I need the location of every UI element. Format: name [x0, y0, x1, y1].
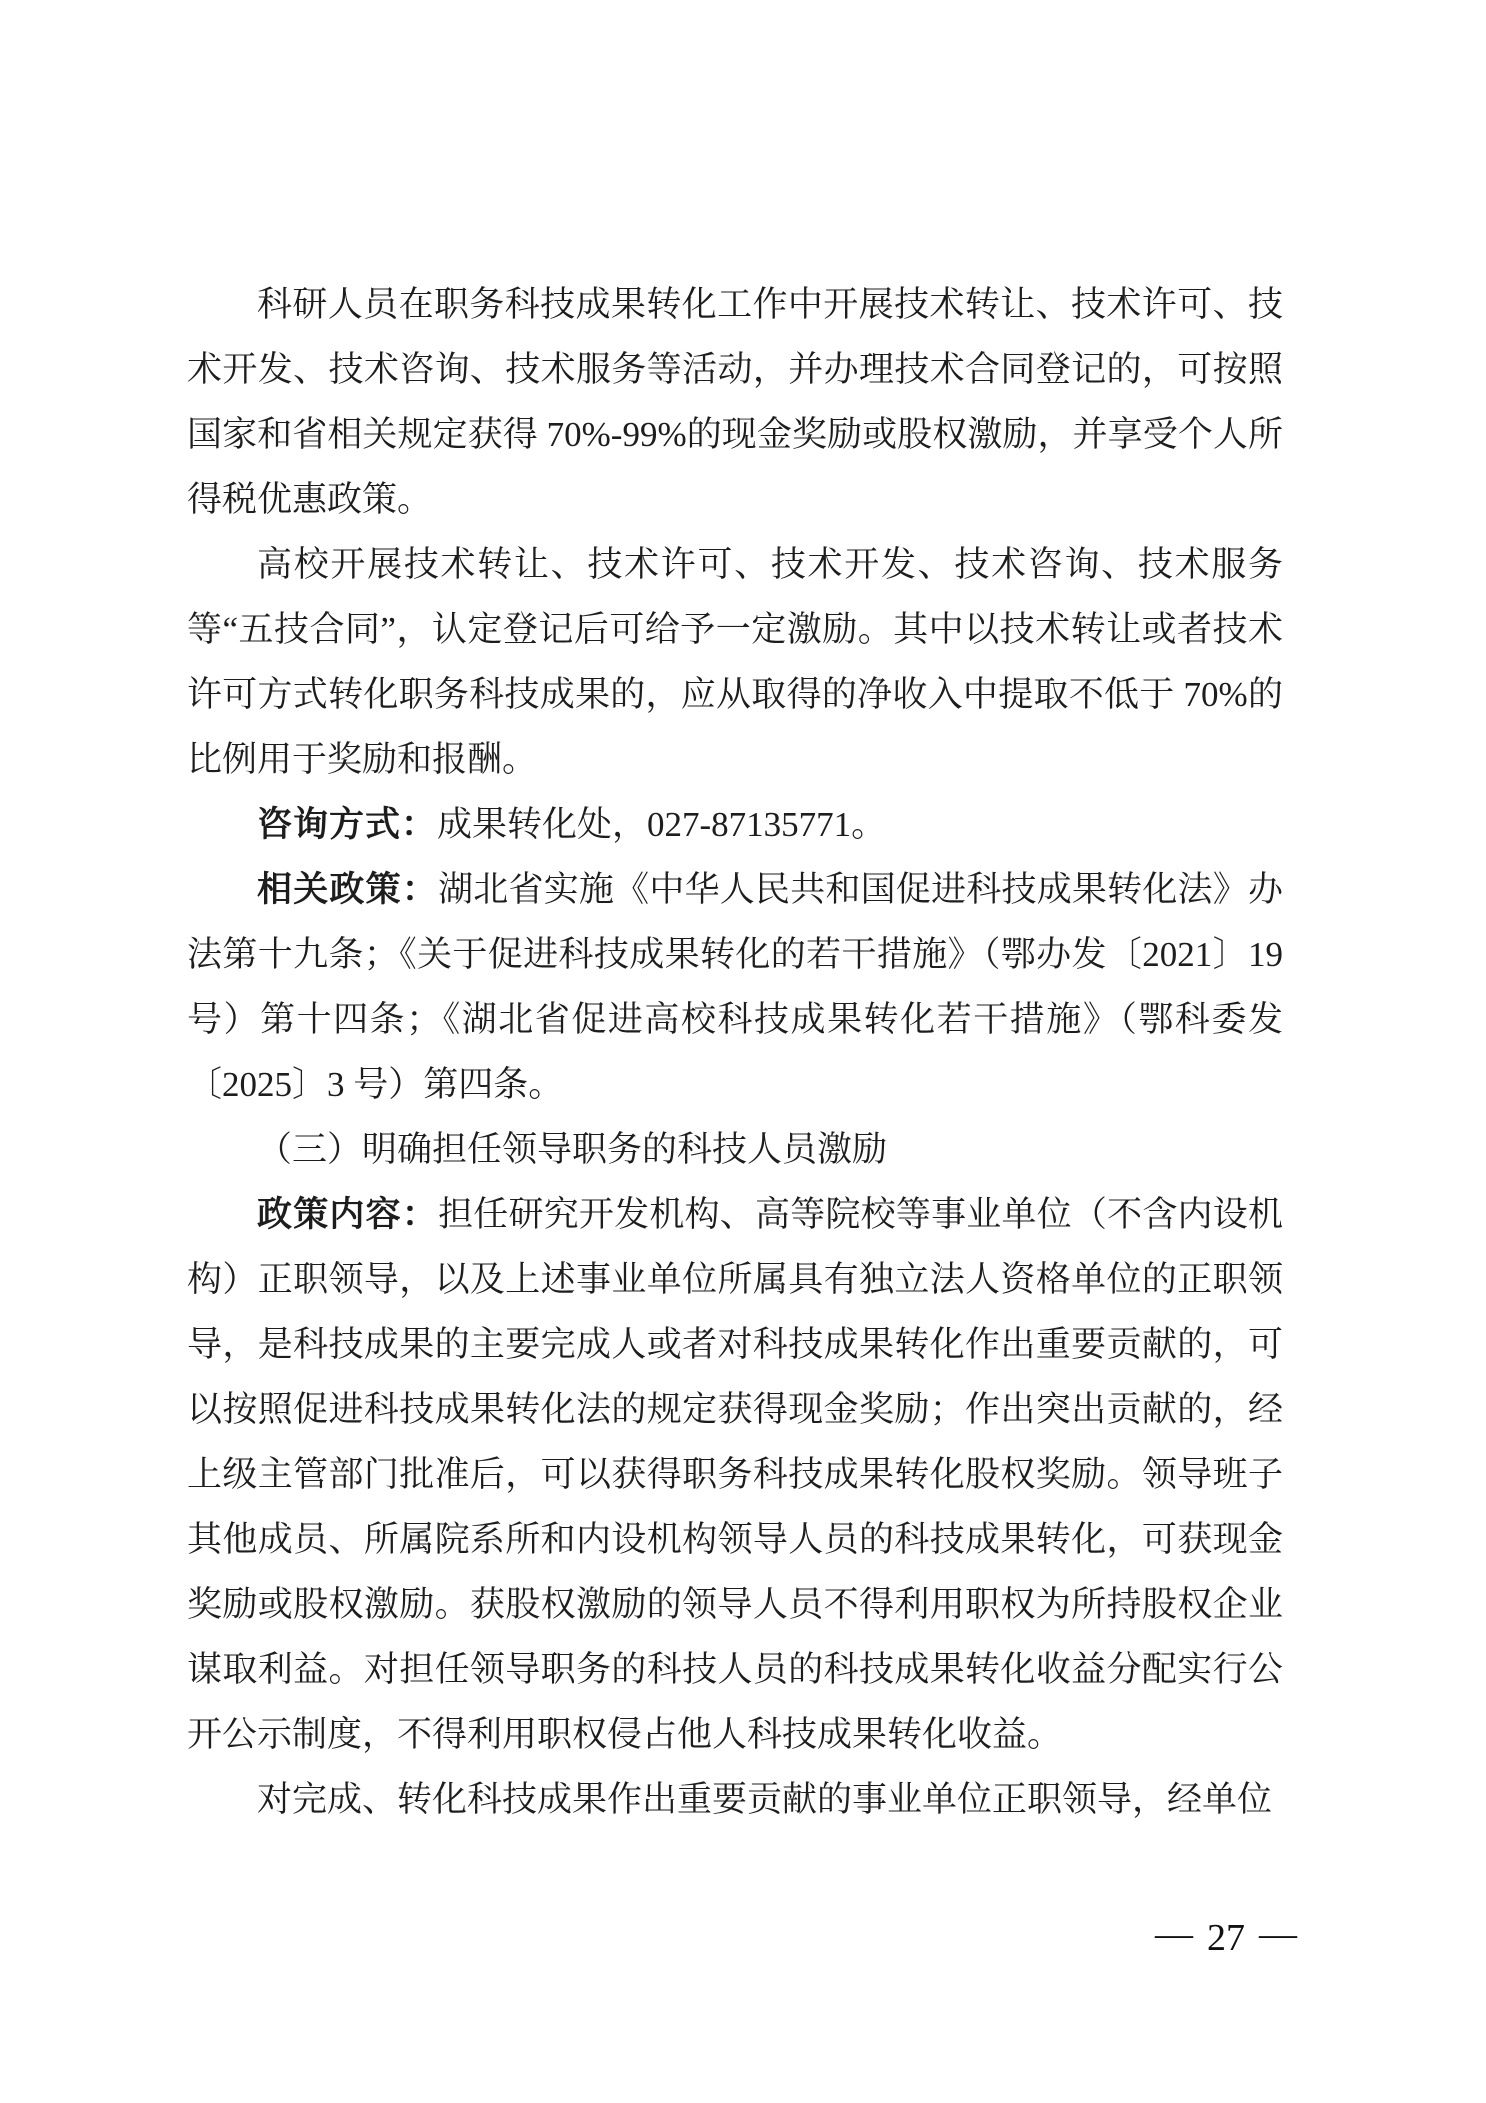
paragraph: 高校开展技术转让、技术许可、技术开发、技术咨询、技术服务等“五技合同”，认定登记… [187, 532, 1283, 792]
page-number: —27— [1155, 1916, 1297, 1960]
paragraph: 对完成、转化科技成果作出重要贡献的事业单位正职领导，经单位 [187, 1767, 1283, 1832]
page-number-value: 27 [1207, 1917, 1245, 1959]
paragraph: 政策内容：担任研究开发机构、高等院校等事业单位（不含内设机构）正职领导，以及上述… [187, 1182, 1283, 1767]
document-body: 科研人员在职务科技成果转化工作中开展技术转让、技术许可、技术开发、技术咨询、技术… [187, 272, 1283, 1832]
paragraph-label: 咨询方式： [257, 805, 437, 844]
paragraph-label: 政策内容： [257, 1195, 438, 1234]
paragraph-label: 相关政策： [257, 870, 438, 909]
paragraph: 科研人员在职务科技成果转化工作中开展技术转让、技术许可、技术开发、技术咨询、技术… [187, 272, 1283, 532]
section-heading: （三）明确担任领导职务的科技人员激励 [187, 1117, 1283, 1182]
document-page: 科研人员在职务科技成果转化工作中开展技术转让、技术许可、技术开发、技术咨询、技术… [0, 0, 1486, 2103]
page-number-right-dash: — [1259, 1913, 1297, 1955]
paragraph: 咨询方式：成果转化处，027-87135771。 [187, 792, 1283, 857]
paragraph: 相关政策：湖北省实施《中华人民共和国促进科技成果转化法》办法第十九条；《关于促进… [187, 857, 1283, 1117]
page-number-left-dash: — [1155, 1913, 1193, 1955]
